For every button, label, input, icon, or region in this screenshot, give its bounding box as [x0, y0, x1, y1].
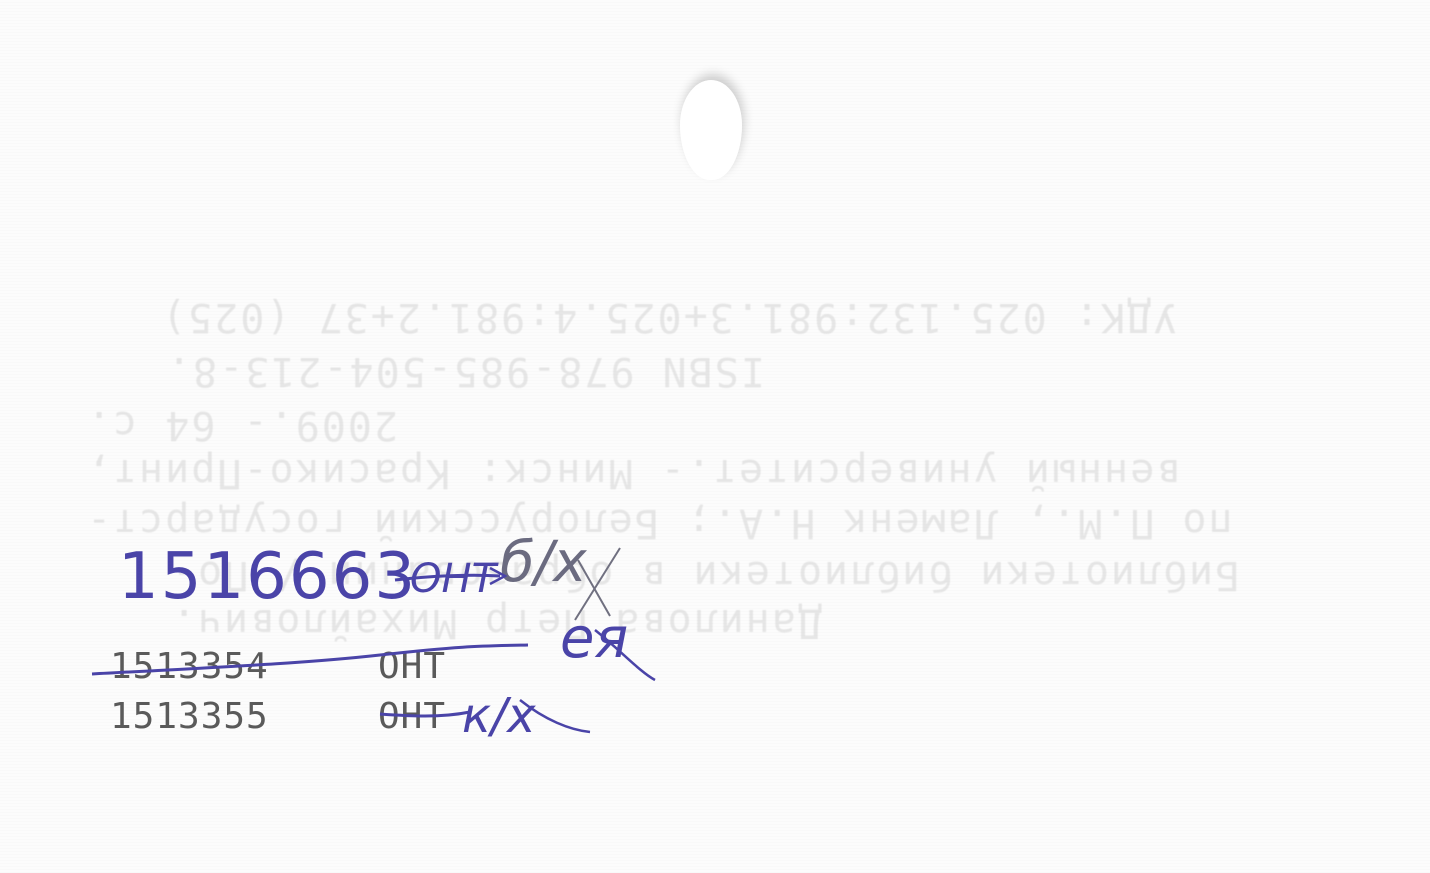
punch-hole: [680, 80, 742, 180]
bleed-through-line: 2009.- 64 с.: [85, 402, 398, 448]
bleed-through-line: венный университет.- Минск: Красико-Прин…: [85, 450, 1180, 496]
inventory-row-number: 1513354: [110, 646, 269, 687]
handwritten-note-kx: к/х: [462, 688, 536, 744]
bleed-through-line: УДК: 025.132:981.3+025.4:981.2+37 (025): [160, 294, 1177, 340]
bleed-through-line: ISBN 978-985-504-213-8.: [165, 348, 765, 394]
handwritten-note-ey: ея: [560, 606, 628, 671]
inventory-row-number: 1513355: [110, 696, 269, 737]
handwritten-inventory-number: 1516663: [118, 540, 417, 614]
handwritten-note-bx: б/х: [500, 530, 587, 595]
inventory-row-code: ОНТ: [378, 696, 446, 737]
inventory-row-code: ОНТ: [378, 646, 446, 687]
catalog-card: УДК: 025.132:981.3+025.4:981.2+37 (025) …: [0, 0, 1430, 873]
handwritten-struck-code: ОНТ: [410, 556, 496, 602]
